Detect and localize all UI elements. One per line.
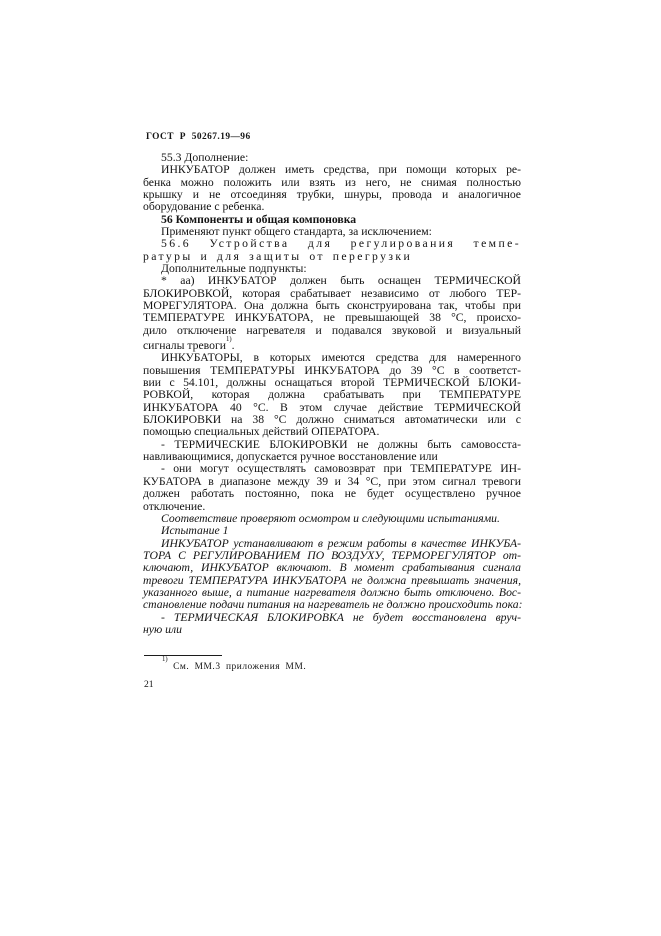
paragraph: Испытание 1 — [143, 525, 521, 537]
paragraph: ИНКУБАТОР должен иметь средства, при пом… — [143, 164, 521, 213]
paragraph: - они могут осуществлять самовозврат при… — [143, 463, 521, 512]
footnote-marker: 1) — [162, 656, 168, 663]
text-line: ИНКУБАТОРЫ, в которых имеются средства д… — [143, 352, 521, 364]
paragraph: - ТЕРМИЧЕСКИЕ БЛОКИРОВКИ не должны быть … — [143, 439, 521, 464]
text-line: ИНКУБАТОР должен иметь средства, при пом… — [143, 164, 521, 176]
text-line: * аа) ИНКУБАТОР должен быть оснащен ТЕРМ… — [143, 275, 521, 287]
paragraph: * аа) ИНКУБАТОР должен быть оснащен ТЕРМ… — [143, 275, 521, 352]
text-line: 56.6 Устройства для регулирования темпе- — [143, 238, 521, 250]
text-line: должен работать постоянно, пока не будет… — [143, 488, 521, 500]
text-line: становление подачи питания на нагревател… — [143, 599, 521, 611]
footnote: 1) См. ММ.3 приложения ММ. — [144, 660, 504, 672]
footnote-separator — [144, 655, 222, 656]
text-line: сигналы тревоги1). — [143, 337, 521, 352]
running-header: ГОСТ Р 50267.19—96 — [146, 132, 251, 142]
page-number: 21 — [144, 679, 154, 690]
text-line: - они могут осуществлять самовозврат при… — [143, 463, 521, 475]
text-line: дило отключение нагревателя и подавался … — [143, 325, 521, 337]
footnote-text: См. ММ.3 приложения ММ. — [173, 662, 306, 672]
text-line: отключение. — [143, 501, 521, 513]
text-line: - ТЕРМИЧЕСКАЯ БЛОКИРОВКА не будет восста… — [143, 612, 521, 624]
paragraph: 56.6 Устройства для регулирования темпе-… — [143, 238, 521, 263]
text-line: ТЕМПЕРАТУРЕ ИНКУБАТОРА, не превышающей 3… — [143, 312, 521, 324]
text-line: ную или — [143, 624, 521, 636]
paragraph: ИНКУБАТОРЫ, в которых имеются средства д… — [143, 352, 521, 438]
text-line: помощью специальных действий ОПЕРАТОРА. — [143, 426, 521, 438]
footnote-ref: 1) — [226, 336, 232, 343]
text-line: РОВКОЙ, которая должна срабатывать при Т… — [143, 389, 521, 401]
document-body: 55.3 Дополнение:ИНКУБАТОР должен иметь с… — [143, 152, 521, 636]
text-line: ключают, ИНКУБАТОР включают. В момент ср… — [143, 562, 521, 574]
document-page: ГОСТ Р 50267.19—96 55.3 Дополнение:ИНКУБ… — [0, 0, 661, 936]
paragraph: - ТЕРМИЧЕСКАЯ БЛОКИРОВКА не будет восста… — [143, 612, 521, 637]
text-line: Испытание 1 — [143, 525, 521, 537]
paragraph: ИНКУБАТОР устанавливают в режим работы в… — [143, 538, 521, 612]
text-line: оборудование с ребенка. — [143, 201, 521, 213]
